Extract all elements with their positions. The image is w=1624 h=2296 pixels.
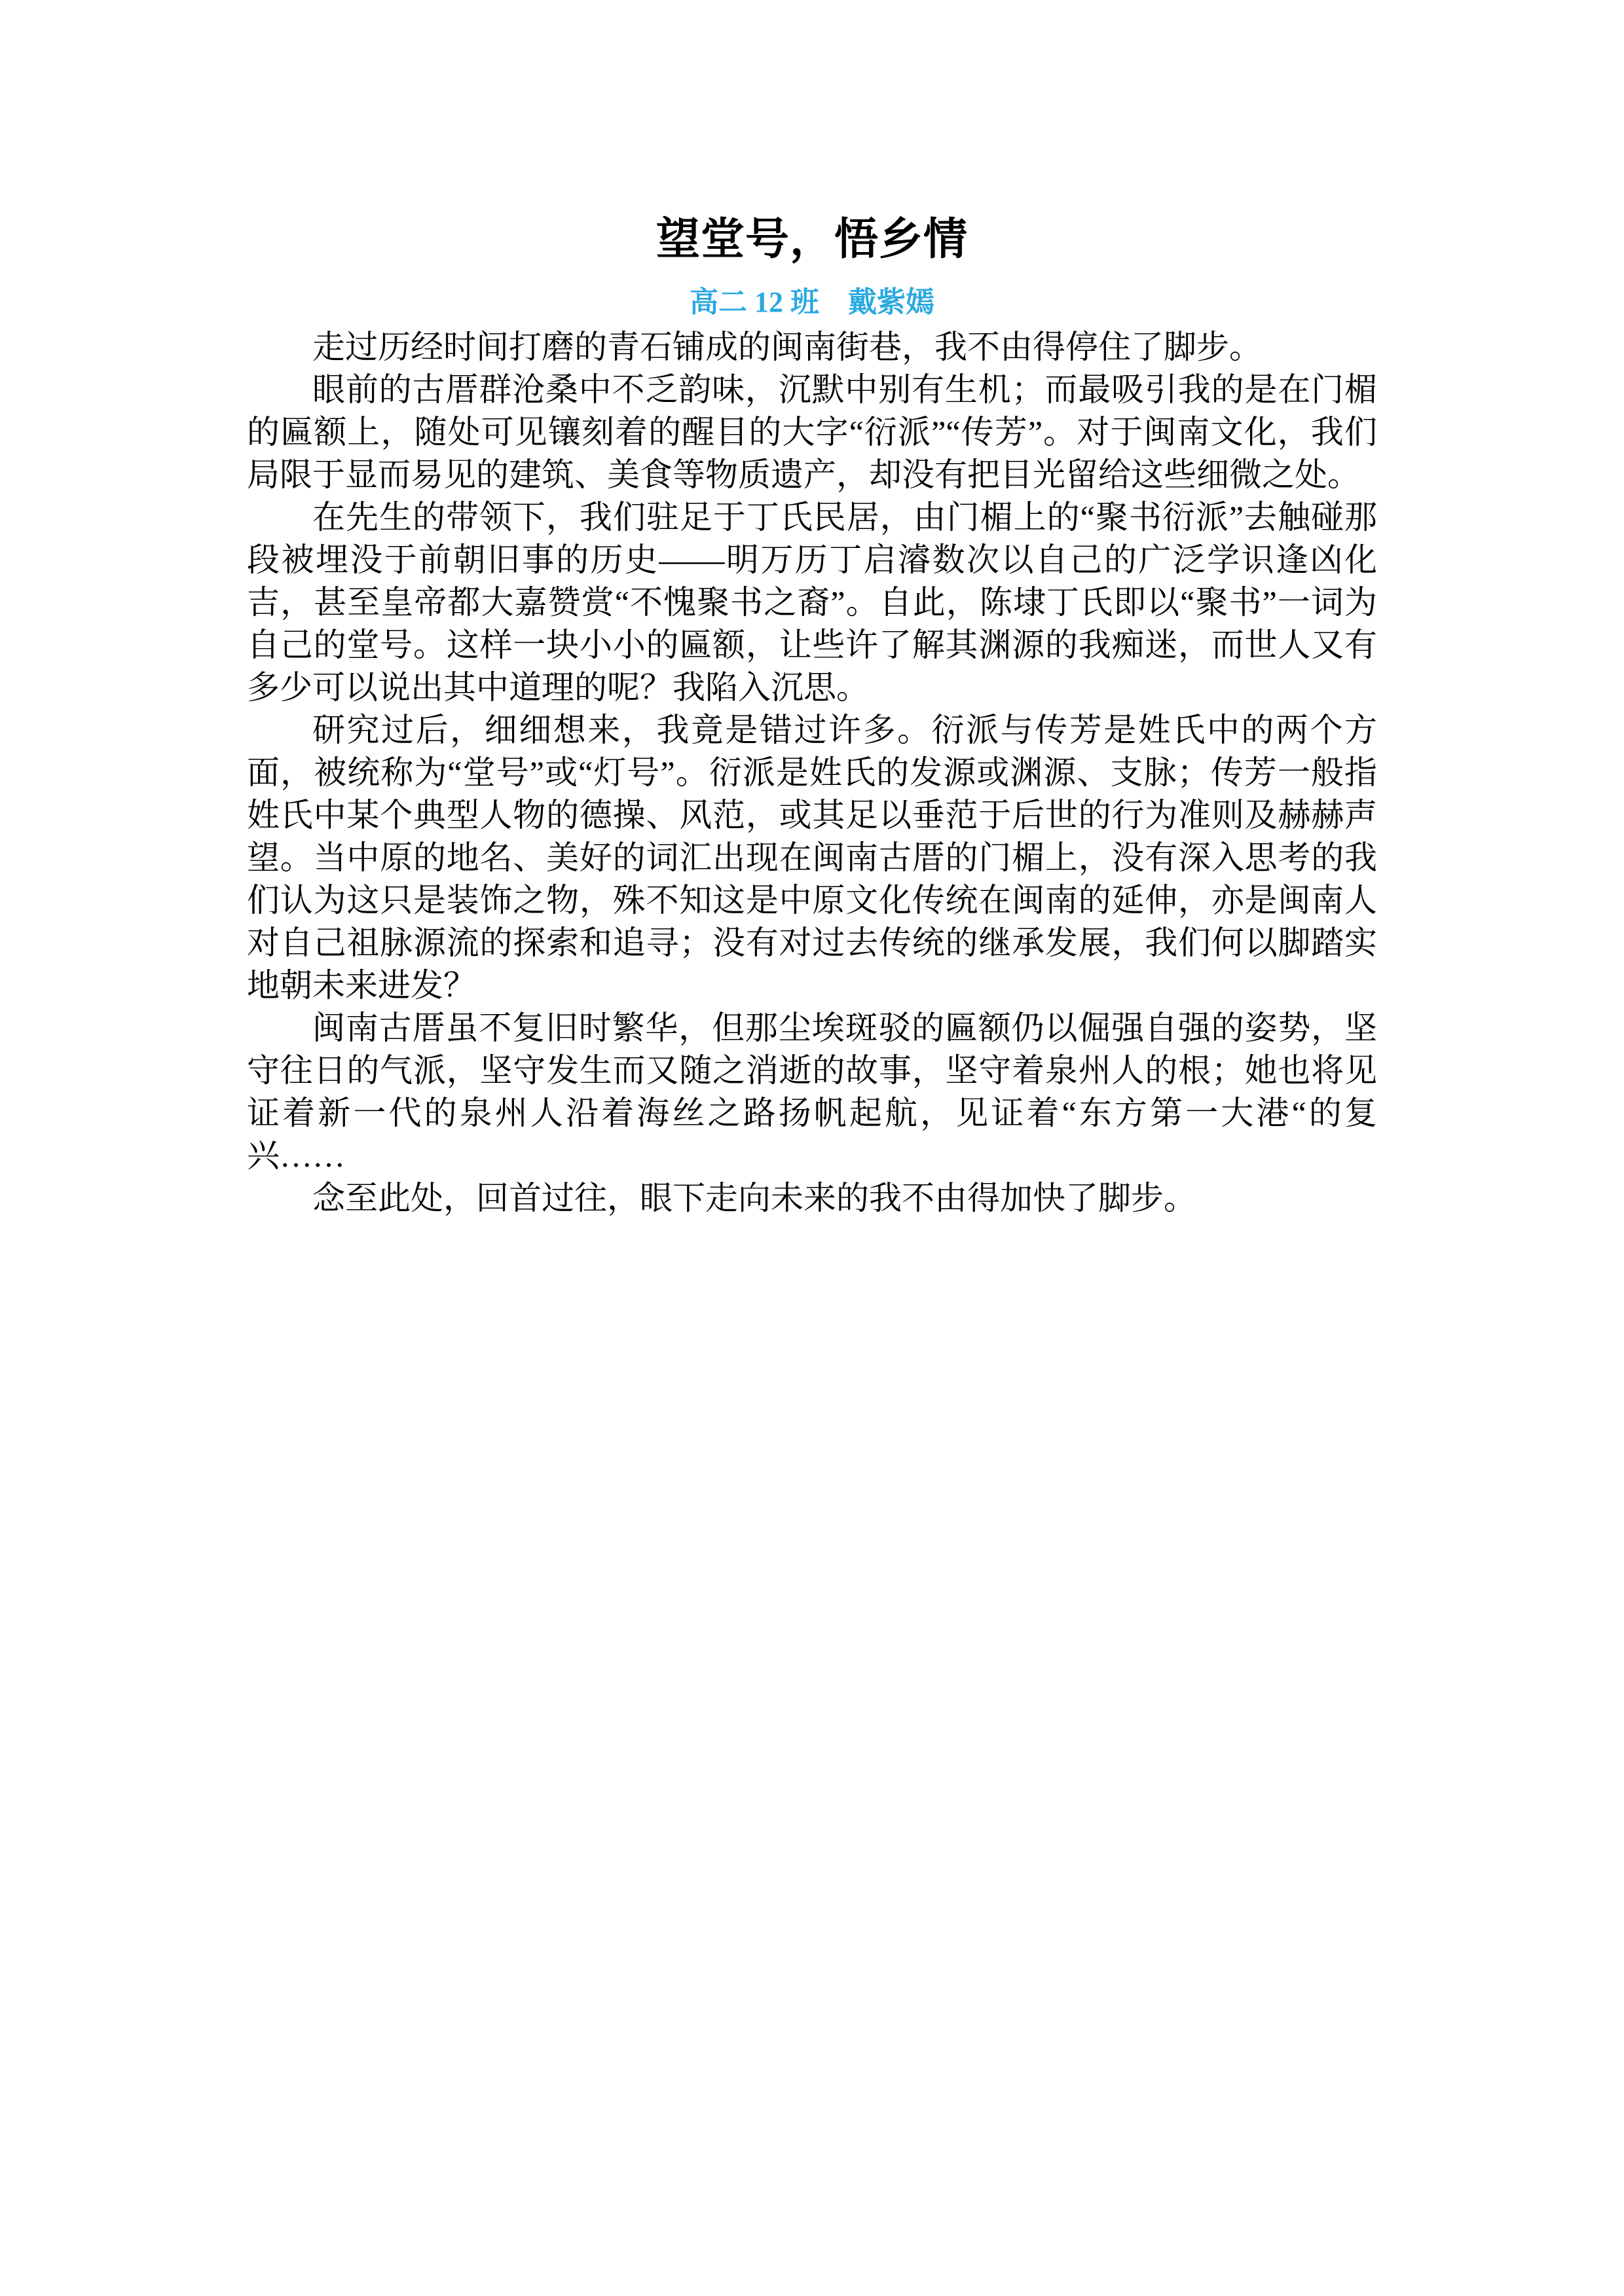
- document-title: 望堂号，悟乡情: [247, 211, 1377, 268]
- paragraph: 眼前的古厝群沧桑中不乏韵味，沉默中别有生机；而最吸引我的是在门楣的匾额上，随处可…: [247, 369, 1377, 496]
- document-body: 走过历经时间打磨的青石铺成的闽南街巷，我不由得停住了脚步。 眼前的古厝群沧桑中不…: [247, 326, 1377, 1220]
- paragraph: 在先生的带领下，我们驻足于丁氏民居，由门楣上的“聚书衍派”去触碰那段被埋没于前朝…: [247, 496, 1377, 709]
- byline: 高二 12 班 戴紫嫣: [247, 283, 1377, 321]
- document-page: 望堂号，悟乡情 高二 12 班 戴紫嫣 走过历经时间打磨的青石铺成的闽南街巷，我…: [0, 0, 1624, 2296]
- paragraph: 研究过后，细细想来，我竟是错过许多。衍派与传芳是姓氏中的两个方面，被统称为“堂号…: [247, 709, 1377, 1007]
- paragraph: 念至此处，回首过往，眼下走向未来的我不由得加快了脚步。: [247, 1177, 1377, 1220]
- paragraph: 闽南古厝虽不复旧时繁华，但那尘埃斑驳的匾额仍以倔强自强的姿势，坚守往日的气派，坚…: [247, 1007, 1377, 1177]
- paragraph: 走过历经时间打磨的青石铺成的闽南街巷，我不由得停住了脚步。: [247, 326, 1377, 369]
